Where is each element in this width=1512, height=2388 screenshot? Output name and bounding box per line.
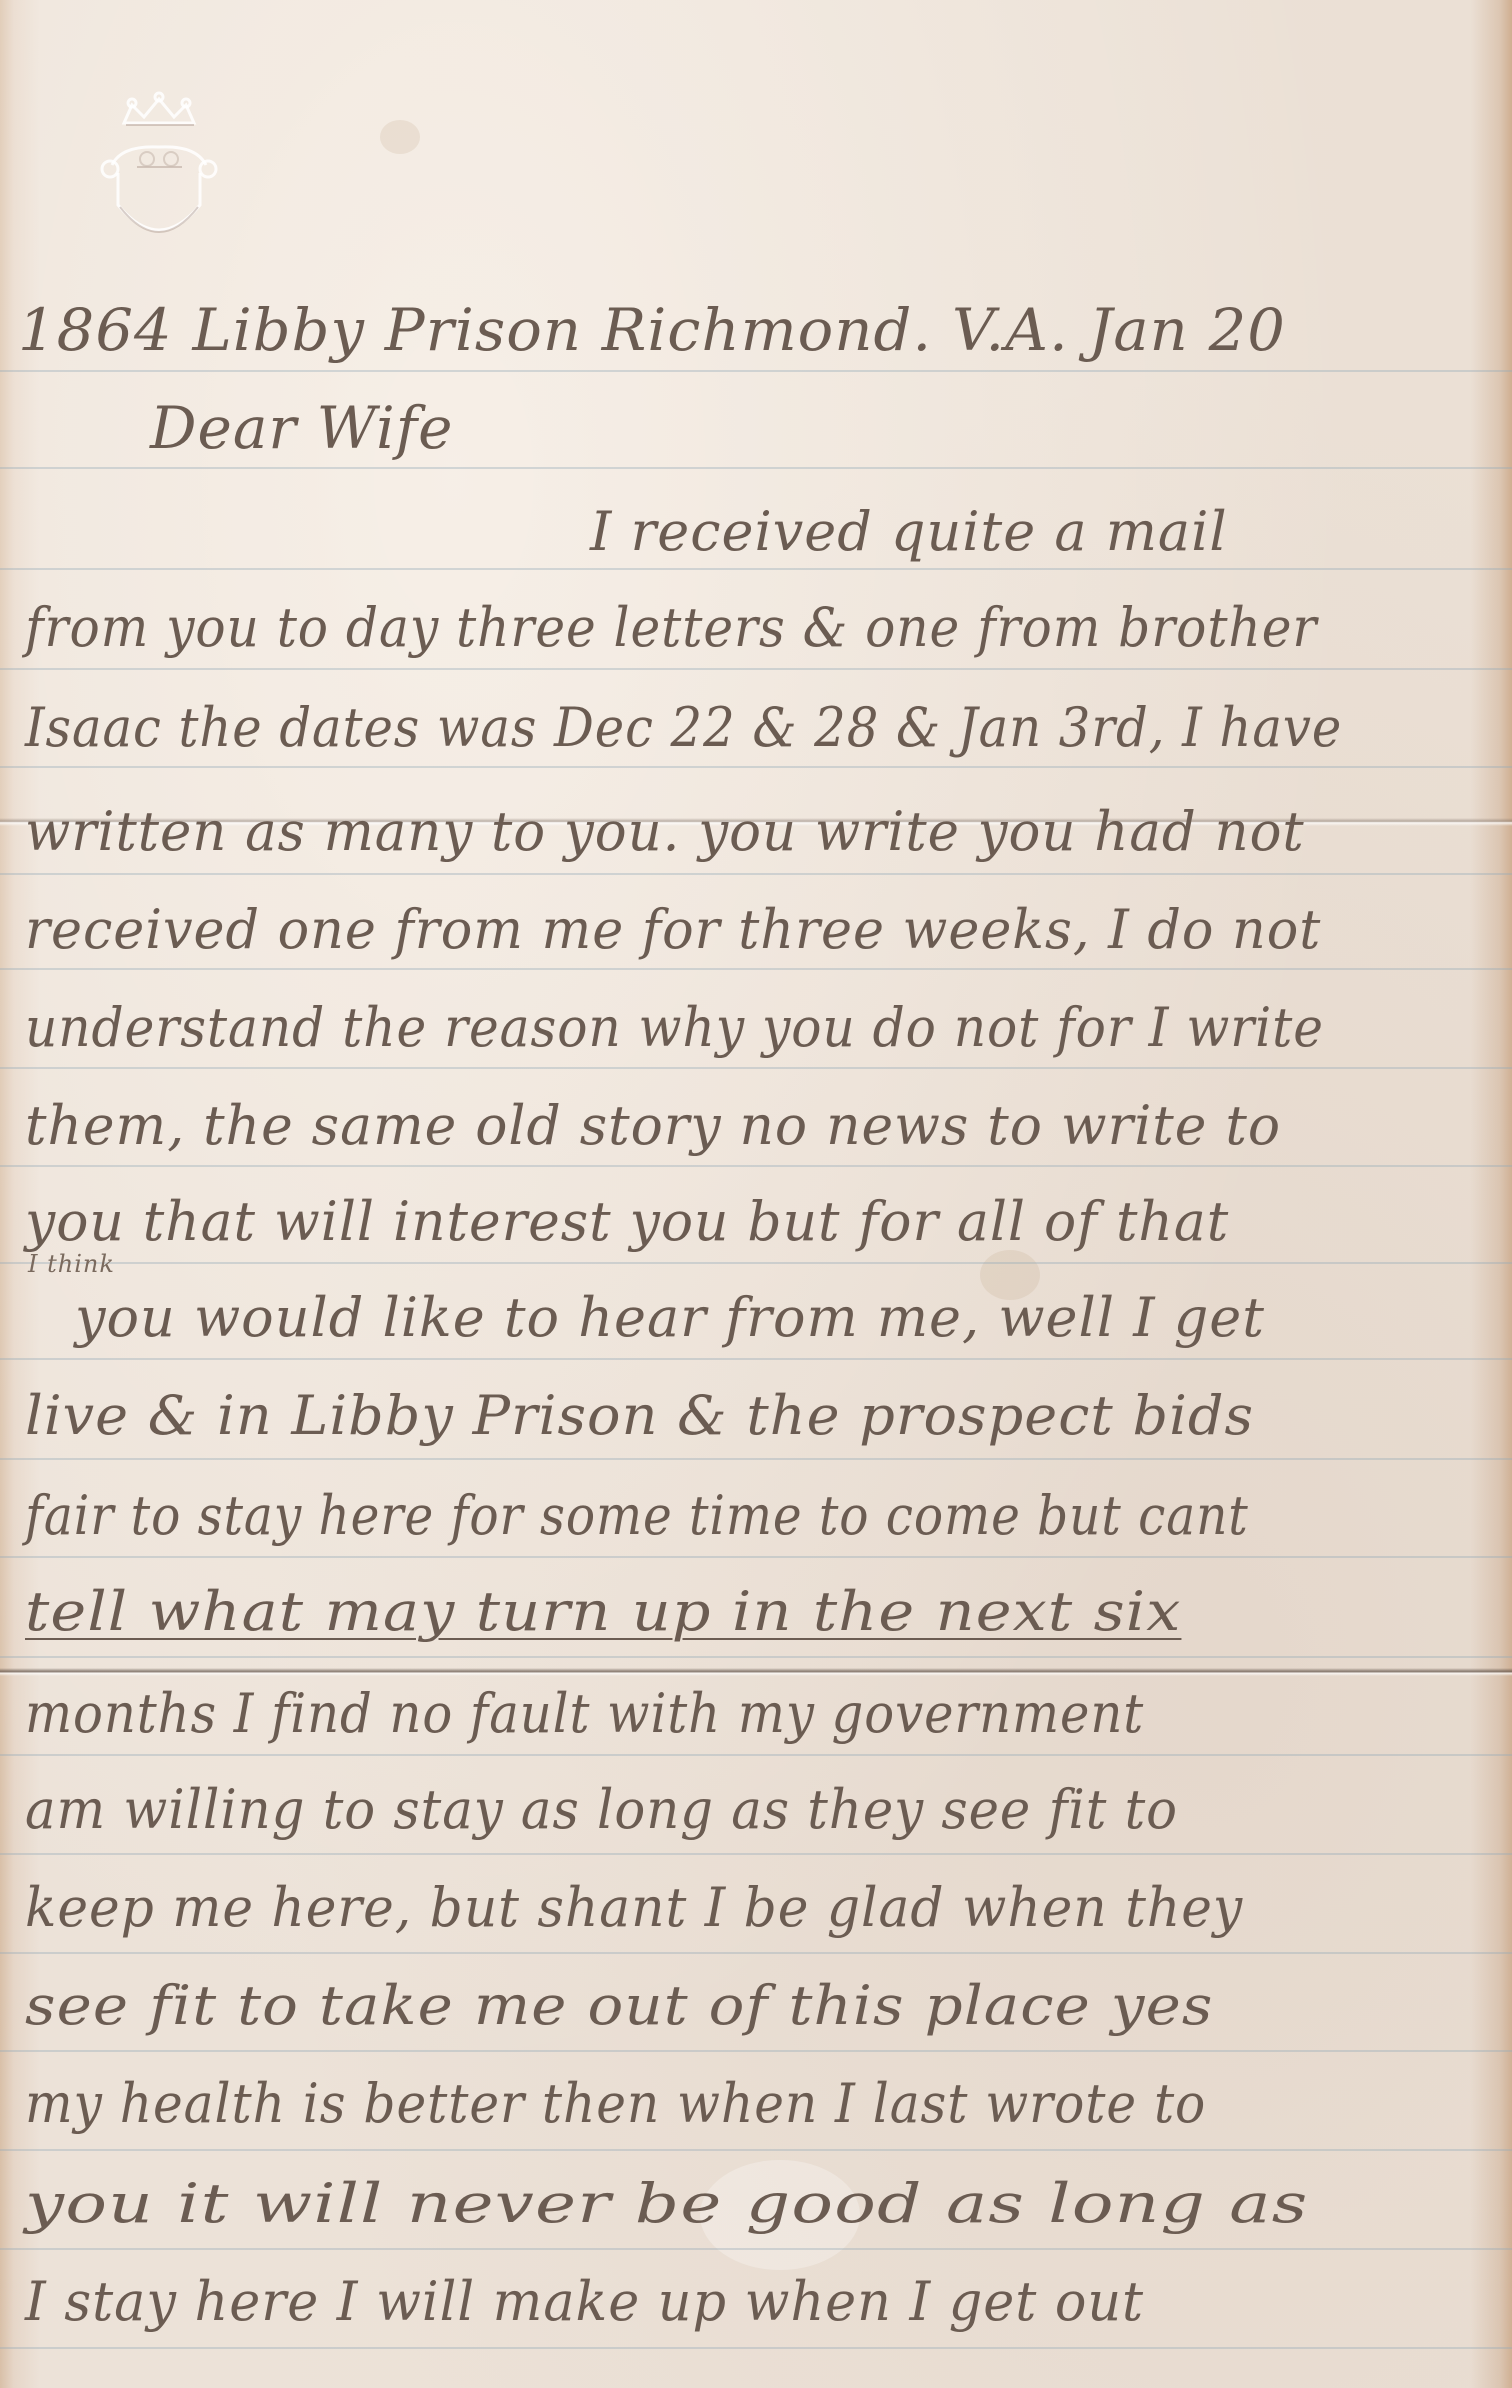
letter-line: received one from me for three weeks, I … [25,898,1321,961]
letter-line: my health is better then when I last wro… [25,2072,1206,2135]
letter-line: you it will never be good as long as [25,2172,1309,2235]
ruled-line [0,568,1512,570]
letter-page: 1864 Libby Prison Richmond. V.A. Jan 20 … [0,0,1512,2388]
letter-line: I received quite a mail [590,500,1228,563]
letter-line: tell what may turn up in the next six [25,1580,1181,1643]
ruled-line [0,1656,1512,1658]
letter-line: I stay here I will make up when I get ou… [25,2270,1144,2333]
ruled-line [0,968,1512,970]
letter-line: you would like to hear from me, well I g… [75,1286,1265,1349]
interlinear-insertion: I think [28,1250,115,1278]
ruled-line [0,1067,1512,1069]
letter-line: keep me here, but shant I be glad when t… [25,1876,1243,1939]
letter-line: understand the reason why you do not for… [25,996,1324,1059]
ruled-line [0,1556,1512,1558]
ruled-line [0,2248,1512,2250]
letter-line: from you to day three letters & one from… [25,596,1317,659]
ruled-line [0,873,1512,875]
ruled-line [0,1952,1512,1954]
dateline: 1864 Libby Prison Richmond. V.A. Jan 20 [18,296,1286,364]
ruled-line [0,2149,1512,2151]
letter-line: live & in Libby Prison & the prospect bi… [25,1384,1254,1447]
letter-line: see fit to take me out of this place yes [25,1974,1213,2037]
ruled-line [0,370,1512,372]
paper-stain [380,120,420,154]
embossed-crest-icon [92,85,227,255]
letter-line: am willing to stay as long as they see f… [25,1778,1178,1841]
ruled-line [0,1458,1512,1460]
letter-line: them, the same old story no news to writ… [25,1094,1281,1157]
ruled-line [0,1165,1512,1167]
ruled-line [0,1754,1512,1756]
ruled-line [0,2050,1512,2052]
ruled-line [0,2347,1512,2349]
salutation: Dear Wife [150,394,454,462]
letter-line: written as many to you. you write you ha… [25,800,1305,863]
ruled-line [0,467,1512,469]
ruled-line [0,766,1512,768]
letter-line: fair to stay here for some time to come … [25,1484,1249,1547]
letter-line: you that will interest you but for all o… [25,1190,1229,1253]
letter-line: months I find no fault with my governmen… [25,1682,1144,1745]
ruled-line [0,1853,1512,1855]
fold-crease [0,1668,1512,1676]
ruled-line [0,668,1512,670]
ruled-line [0,1262,1512,1264]
ruled-line [0,1358,1512,1360]
letter-line: Isaac the dates was Dec 22 & 28 & Jan 3r… [25,696,1342,759]
